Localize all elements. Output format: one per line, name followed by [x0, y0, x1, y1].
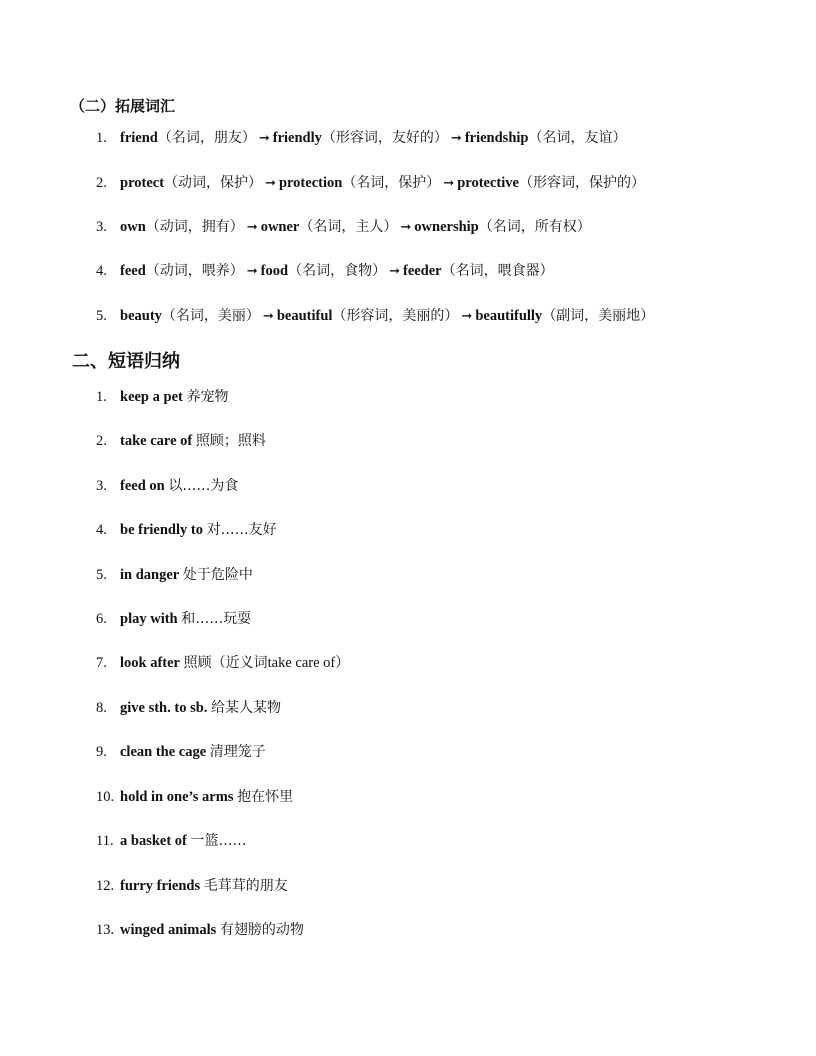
phrase-zh: 对……友好 — [207, 522, 277, 538]
word-en: friendly — [273, 130, 322, 146]
arrow-right-icon: ➞ — [247, 220, 258, 235]
phrases-section-title: 二、短语归纳 — [72, 349, 180, 375]
item-number: 5. — [96, 306, 120, 326]
phrase-zh: 和……玩耍 — [181, 611, 251, 627]
phrase-item: 3.feed on 以……为食 — [96, 476, 238, 496]
word-en: friendship — [465, 130, 529, 146]
word-zh: （名词，保护） — [342, 175, 440, 191]
phrase-en: keep a pet — [120, 389, 183, 405]
vocab-item: 4.feed（动词，喂养）➞food（名词，食物）➞feeder（名词，喂食器） — [96, 261, 554, 281]
phrase-zh: 以……为食 — [168, 478, 238, 494]
item-number: 11. — [96, 831, 120, 851]
word-zh: （形容词，友好的） — [322, 130, 448, 146]
item-number: 4. — [96, 261, 120, 281]
item-number: 6. — [96, 609, 120, 629]
phrase-en: clean the cage — [120, 744, 206, 760]
arrow-right-icon: ➞ — [451, 131, 462, 146]
word-zh: （名词，食物） — [288, 263, 386, 279]
phrase-item: 7.look after 照顾（近义词take care of） — [96, 653, 349, 673]
phrase-en: be friendly to — [120, 522, 203, 538]
phrase-zh: 给某人某物 — [211, 700, 281, 716]
arrow-right-icon: ➞ — [443, 176, 454, 191]
phrase-en: look after — [120, 655, 180, 671]
phrase-item: 10.hold in one’s arms 抱在怀里 — [96, 787, 293, 807]
item-number: 10. — [96, 787, 120, 807]
item-number: 1. — [96, 387, 120, 407]
item-number: 8. — [96, 698, 120, 718]
phrase-item: 6.play with 和……玩耍 — [96, 609, 251, 629]
item-number: 13. — [96, 920, 120, 940]
word-en: owner — [261, 219, 300, 235]
item-number: 5. — [96, 565, 120, 585]
phrase-item: 9.clean the cage 清理笼子 — [96, 742, 266, 762]
word-zh: （名词，喂食器） — [442, 263, 554, 279]
word-zh: （动词，喂养） — [146, 263, 244, 279]
phrase-en: hold in one’s arms — [120, 789, 233, 805]
item-number: 3. — [96, 476, 120, 496]
word-en: friend — [120, 130, 158, 146]
word-en: own — [120, 219, 146, 235]
vocab-item: 5.beauty（名词，美丽）➞beautiful（形容词，美丽的）➞beaut… — [96, 306, 654, 326]
phrase-zh: 养宠物 — [186, 389, 228, 405]
phrase-item: 4.be friendly to 对……友好 — [96, 520, 277, 540]
word-en: beautifully — [475, 308, 542, 324]
word-en: feeder — [403, 263, 442, 279]
item-number: 2. — [96, 431, 120, 451]
word-zh: （副词，美丽地） — [542, 308, 654, 324]
phrase-zh: 照顾；照料 — [196, 433, 266, 449]
phrase-item: 13.winged animals 有翅膀的动物 — [96, 920, 304, 940]
phrase-item: 2.take care of 照顾；照料 — [96, 431, 266, 451]
synonym-close: ） — [335, 655, 349, 671]
word-en: protect — [120, 175, 164, 191]
word-en: protective — [457, 175, 519, 191]
arrow-right-icon: ➞ — [265, 176, 276, 191]
word-zh: （名词，主人） — [299, 219, 397, 235]
word-zh: （形容词，美丽的） — [332, 308, 458, 324]
phrase-item: 8.give sth. to sb. 给某人某物 — [96, 698, 281, 718]
phrase-zh: 照顾（近义词 — [184, 655, 268, 671]
arrow-right-icon: ➞ — [400, 220, 411, 235]
item-number: 1. — [96, 128, 120, 148]
phrase-en: play with — [120, 611, 178, 627]
word-en: food — [261, 263, 288, 279]
word-zh: （动词，拥有） — [146, 219, 244, 235]
phrase-en: in danger — [120, 567, 179, 583]
arrow-right-icon: ➞ — [247, 264, 258, 279]
phrase-en: feed on — [120, 478, 165, 494]
phrase-en: take care of — [120, 433, 192, 449]
word-en: beauty — [120, 308, 162, 324]
phrase-zh: 有翅膀的动物 — [220, 922, 304, 938]
word-en: protection — [279, 175, 342, 191]
phrase-zh: 一篮…… — [191, 833, 247, 849]
phrase-zh: 抱在怀里 — [237, 789, 293, 805]
word-zh: （动词，保护） — [164, 175, 262, 191]
item-number: 3. — [96, 217, 120, 237]
word-zh: （名词，朋友） — [158, 130, 256, 146]
document-page: （二）拓展词汇 1.friend（名词，朋友）➞friendly（形容词，友好的… — [0, 0, 816, 1056]
vocab-item: 1.friend（名词，朋友）➞friendly（形容词，友好的）➞friend… — [96, 128, 626, 148]
vocab-section-title: （二）拓展词汇 — [70, 95, 175, 117]
arrow-right-icon: ➞ — [389, 264, 400, 279]
phrase-zh: 清理笼子 — [210, 744, 266, 760]
phrase-en: a basket of — [120, 833, 187, 849]
arrow-right-icon: ➞ — [259, 131, 270, 146]
word-zh: （形容词，保护的） — [519, 175, 645, 191]
phrase-item: 5.in danger 处于危险中 — [96, 565, 253, 585]
word-zh: （名词，友谊） — [528, 130, 626, 146]
item-number: 12. — [96, 876, 120, 896]
phrase-en: winged animals — [120, 922, 216, 938]
item-number: 9. — [96, 742, 120, 762]
word-zh: （名词，美丽） — [162, 308, 260, 324]
vocab-item: 2.protect（动词，保护）➞protection（名词，保护）➞prote… — [96, 173, 645, 193]
phrase-zh: 处于危险中 — [183, 567, 253, 583]
phrase-en: furry friends — [120, 878, 200, 894]
item-number: 7. — [96, 653, 120, 673]
phrase-item: 12.furry friends 毛茸茸的朋友 — [96, 876, 288, 896]
arrow-right-icon: ➞ — [263, 309, 274, 324]
arrow-right-icon: ➞ — [461, 309, 472, 324]
phrase-zh: 毛茸茸的朋友 — [204, 878, 288, 894]
word-en: feed — [120, 263, 146, 279]
phrase-item: 1.keep a pet 养宠物 — [96, 387, 228, 407]
phrase-item: 11.a basket of 一篮…… — [96, 831, 247, 851]
word-en: beautiful — [277, 308, 333, 324]
phrase-en: give sth. to sb. — [120, 700, 207, 716]
word-en: ownership — [414, 219, 478, 235]
vocab-item: 3.own（动词，拥有）➞owner（名词，主人）➞ownership（名词，所… — [96, 217, 591, 237]
item-number: 2. — [96, 173, 120, 193]
item-number: 4. — [96, 520, 120, 540]
word-zh: （名词，所有权） — [479, 219, 591, 235]
synonym-en: take care of — [268, 655, 336, 671]
